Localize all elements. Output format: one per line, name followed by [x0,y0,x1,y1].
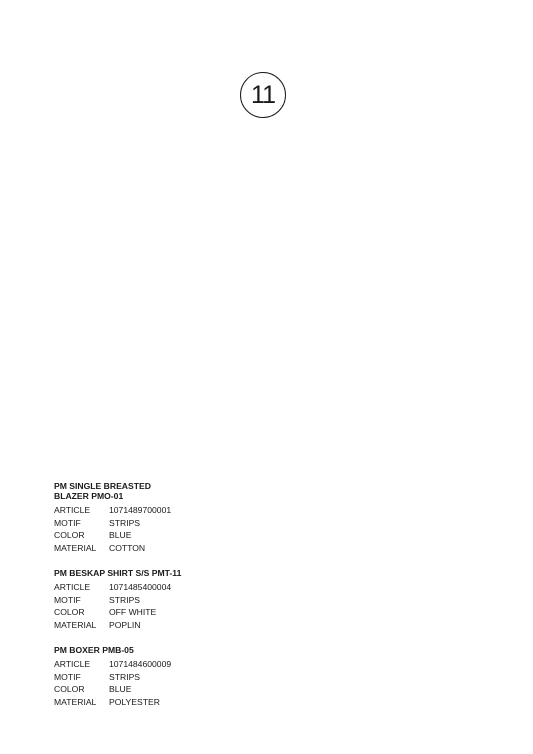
product-item: PM BESKAP SHIRT S/S PMT-11 ARTICLE 10714… [54,568,354,631]
spec-row-material: MATERIAL POLYESTER [54,696,354,709]
spec-label: ARTICLE [54,504,109,517]
spec-label: MOTIF [54,517,109,530]
page-number-badge: 11 [240,72,286,118]
spec-row-color: COLOR BLUE [54,529,354,542]
spec-value: BLUE [109,529,354,542]
spec-row-color: COLOR OFF WHITE [54,606,354,619]
product-item: PM BOXER PMB-05 ARTICLE 1071484600009 MO… [54,645,354,708]
spec-row-motif: MOTIF STRIPS [54,594,354,607]
product-title: PM SINGLE BREASTED BLAZER PMO-01 [54,481,354,501]
spec-label: MATERIAL [54,696,109,709]
product-title: PM BOXER PMB-05 [54,645,354,655]
spec-label: ARTICLE [54,581,109,594]
spec-label: COLOR [54,683,109,696]
spec-value: 1071484600009 [109,658,354,671]
spec-row-motif: MOTIF STRIPS [54,671,354,684]
spec-row-material: MATERIAL COTTON [54,542,354,555]
spec-value: STRIPS [109,671,354,684]
spec-value: POLYESTER [109,696,354,709]
spec-label: ARTICLE [54,658,109,671]
spec-value: 1071485400004 [109,581,354,594]
spec-value: 1071489700001 [109,504,354,517]
spec-label: COLOR [54,606,109,619]
spec-row-article: ARTICLE 1071485400004 [54,581,354,594]
spec-label: MATERIAL [54,542,109,555]
spec-row-color: COLOR BLUE [54,683,354,696]
spec-value: STRIPS [109,517,354,530]
product-title: PM BESKAP SHIRT S/S PMT-11 [54,568,354,578]
product-list: PM SINGLE BREASTED BLAZER PMO-01 ARTICLE… [54,481,354,722]
spec-label: MOTIF [54,671,109,684]
product-item: PM SINGLE BREASTED BLAZER PMO-01 ARTICLE… [54,481,354,554]
spec-label: MATERIAL [54,619,109,632]
spec-value: COTTON [109,542,354,555]
spec-value: STRIPS [109,594,354,607]
spec-value: POPLIN [109,619,354,632]
spec-row-material: MATERIAL POPLIN [54,619,354,632]
spec-row-article: ARTICLE 1071484600009 [54,658,354,671]
spec-label: COLOR [54,529,109,542]
spec-value: OFF WHITE [109,606,354,619]
spec-label: MOTIF [54,594,109,607]
page-number: 11 [251,81,275,110]
spec-row-article: ARTICLE 1071489700001 [54,504,354,517]
spec-row-motif: MOTIF STRIPS [54,517,354,530]
spec-value: BLUE [109,683,354,696]
